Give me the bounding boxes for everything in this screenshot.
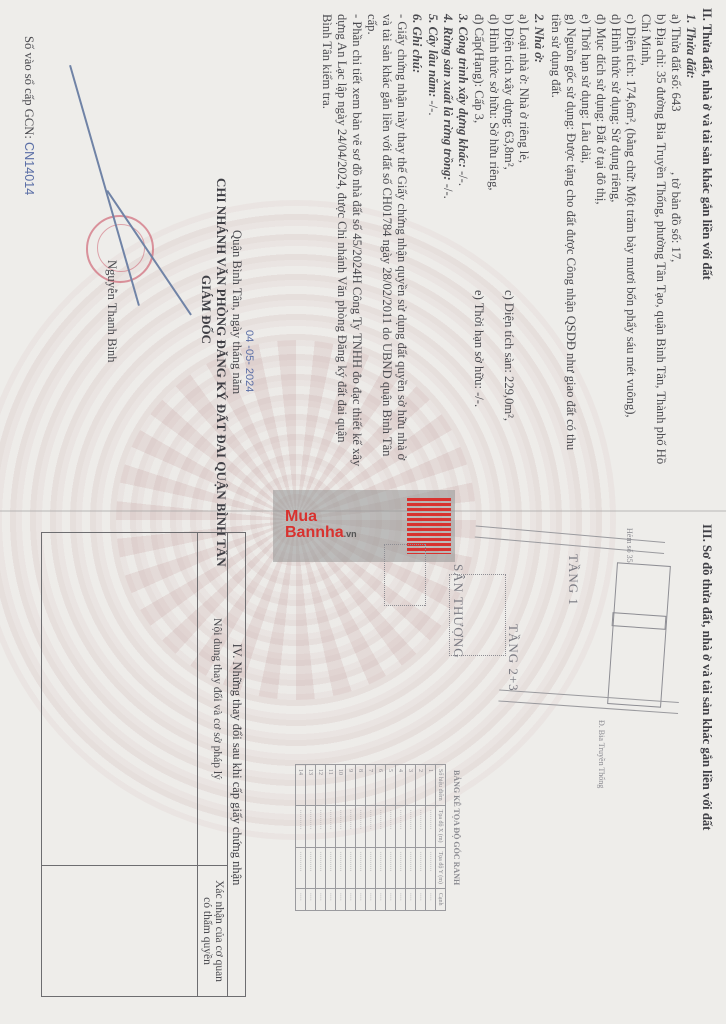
house-heading: 2. Nhà ở:: [531, 14, 547, 63]
perennial-trees: 5. Cây lâu năm: -/-.: [425, 14, 441, 115]
alley-road: [475, 525, 665, 554]
section-2-title: II. Thửa đất, nhà ở và tài sản khác gắn …: [699, 8, 715, 280]
table-row: 5························: [386, 765, 396, 911]
table-row: 13························: [306, 765, 316, 911]
land-map-sheet: , tờ bản đồ số: 17,: [668, 172, 684, 262]
production-forest: 4. Rừng sản xuất là rừng trồng: -/-.: [440, 14, 456, 199]
table-row: 9························: [346, 765, 356, 911]
table-row: 7························: [366, 765, 376, 911]
changes-column-header: Nội dung thay đổi và cơ sở pháp lý: [198, 533, 228, 866]
house-ownership-term: e) Thời hạn sở hữu: -/-.: [471, 290, 487, 407]
changes-cell: [42, 533, 198, 866]
note-2-end: Bình Tân kiểm tra.: [319, 14, 335, 109]
land-address-cont: Chí Minh,: [638, 14, 654, 66]
house-ownership: d) Hình thức sở hữu: Sở hữu riêng,: [486, 14, 502, 191]
table-row: 1························: [426, 765, 436, 911]
registry-number: Số vào sổ cấp GCN: CN14014: [21, 36, 37, 195]
rooftop-outline: [384, 544, 426, 606]
note-1-cont: và tài sản khác gắn liền với đất số CH01…: [379, 14, 395, 456]
land-area: c) Diện tích: 174,6m², (bằng chữ: Một tr…: [623, 14, 639, 418]
coord-table-title: BẢNG KÊ TỌA ĐỘ GÓC RANH: [452, 770, 461, 885]
house-floor-area: c) Diện tích sàn: 229,0m²,: [501, 290, 517, 421]
certificate-sheet: II. Thửa đất, nhà ở và tài sản khác gắn …: [0, 0, 726, 1024]
other-works: 3. Công trình xây dựng khác: -/-.: [455, 14, 471, 186]
table-row: 8························: [356, 765, 366, 911]
table-row: 6························: [376, 765, 386, 911]
confirmation-cell: [42, 866, 198, 997]
land-use-purpose: đ) Mục đích sử dụng: Đất ở tại đô thị,: [593, 14, 609, 204]
section-4-title: IV. Những thay đổi sau khi cấp giấy chứn…: [228, 533, 246, 997]
table-row: 3························: [406, 765, 416, 911]
notes-heading: 6. Ghi chú:: [409, 14, 425, 73]
section-3-title: III. Sơ đồ thửa đất, nhà ở và tài sản kh…: [699, 524, 715, 830]
alley-label: Hẻm số 35: [625, 528, 634, 563]
note-2: - Phần chi tiết xem bản vẽ sơ đồ nhà đất…: [349, 14, 365, 466]
signer-name: Nguyễn Thanh Bình: [104, 260, 120, 363]
changes-table: IV. Những thay đổi sau khi cấp giấy chứn…: [41, 532, 246, 997]
house-grade: đ) Cấp(Hạng): Cấp 3,: [471, 14, 487, 123]
note-2-cont: dựng An Lạc lập ngày 24/04/2024, được Ch…: [334, 14, 350, 443]
road-label: Đ. Bia Truyền Thống: [597, 720, 606, 788]
rooftop-label: SÂN THƯỢNG: [450, 564, 466, 659]
note-1-end: cấp.: [364, 14, 380, 35]
table-row: 2························: [416, 765, 426, 911]
table-row: 10························: [336, 765, 346, 911]
handwritten-date: 04 -05- 2024: [241, 330, 257, 392]
land-address: b) Địa chỉ: 35 đường Bia Truyền Thống, p…: [653, 14, 669, 464]
table-row: 14························: [296, 765, 306, 911]
land-heading: 1. Thửa đất:: [683, 14, 699, 79]
house-build-area: b) Diện tích xây dựng: 63,8m²,: [501, 14, 517, 170]
table-row: 12························: [316, 765, 326, 911]
signer-title: GIÁM ĐỐC: [199, 275, 215, 344]
land-origin-cont: tiền sử dụng đất.: [548, 14, 564, 98]
floor-2-3-label: TẦNG 2+3: [505, 624, 521, 692]
land-parcel-outline: [607, 562, 671, 707]
page-left: II. Thửa đất, nhà ở và tài sản khác gắn …: [0, 0, 726, 510]
coordinate-table: Số hiệu điểmTọa độ X (m)Tọa độ Y (m)Cạnh…: [295, 764, 446, 911]
floor-1-label: TẦNG 1: [565, 554, 581, 606]
land-origin: g) Nguồn gốc sử dụng: Được tặng cho đất …: [563, 14, 579, 450]
land-use-form: d) Hình thức sử dụng: Sử dụng riêng,: [608, 14, 624, 202]
table-row: 11························: [326, 765, 336, 911]
house-type: a) Loại nhà ở: Nhà ở riêng lẻ,: [516, 14, 532, 163]
land-parcel-no: a) Thửa đất số: 643: [668, 14, 684, 112]
issuing-agency: CHI NHÁNH VĂN PHÒNG ĐĂNG KÝ ĐẤT ĐAI QUẬN…: [214, 178, 230, 567]
note-1: - Giấy chứng nhận này thay thế Giấy chứn…: [394, 14, 410, 460]
confirmation-column-header: Xác nhận của cơ quan có thẩm quyền: [198, 866, 228, 997]
land-use-term: e) Thời hạn sử dụng: Lâu dài,: [578, 14, 594, 163]
table-row: 4························: [396, 765, 406, 911]
